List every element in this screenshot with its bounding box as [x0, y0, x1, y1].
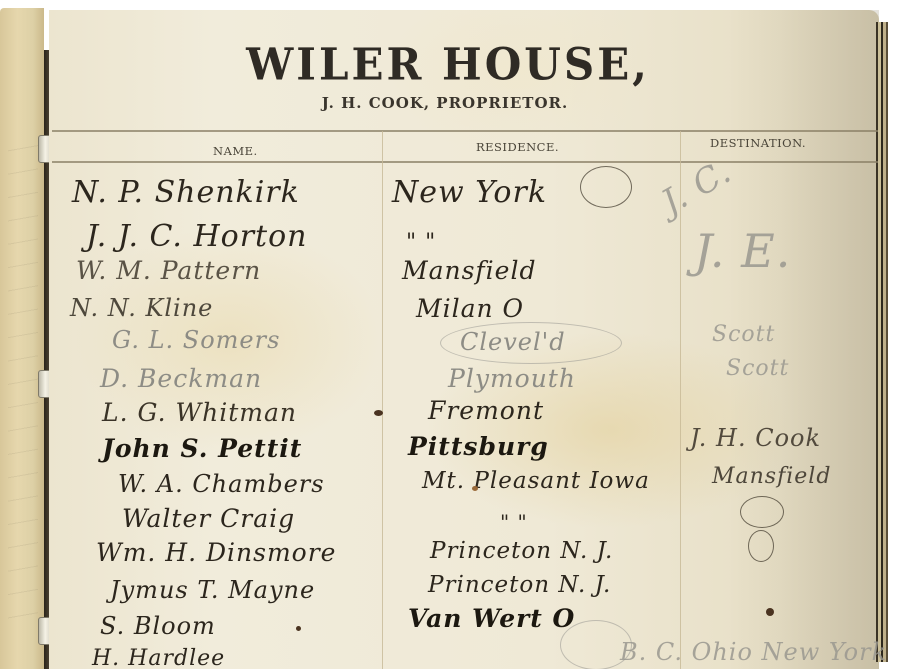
guest-residence: Princeton N. J.: [428, 574, 611, 597]
guest-destination: Scott: [712, 324, 775, 346]
guest-residence: Milan O: [416, 296, 524, 321]
guest-name: H. Hardlee: [92, 648, 225, 669]
guest-name: J. J. C. Horton: [86, 222, 308, 252]
guest-residence: Fremont: [428, 398, 544, 423]
guest-name: W. A. Chambers: [118, 472, 325, 496]
guest-name: N. N. Kline: [70, 296, 213, 320]
pencil-flourish: [440, 322, 622, 364]
guest-name: L. G. Whitman: [102, 400, 297, 425]
column-header-destination: DESTINATION.: [710, 136, 806, 150]
column-header-residence: RESIDENCE.: [476, 140, 559, 154]
hotel-name-heading: WILER HOUSE,: [0, 39, 896, 90]
ink-flourish: [748, 530, 774, 562]
ink-stain: [374, 410, 383, 416]
guest-name: D. Beckman: [100, 366, 262, 391]
faded-writing: [8, 128, 38, 628]
guest-residence: Mt. Pleasant Iowa: [422, 470, 650, 493]
header-rule-bottom: [52, 161, 878, 163]
guest-name: N. P. Shenkirk: [72, 178, 300, 208]
pencil-mark: J. E.: [694, 228, 791, 274]
guest-residence: Pittsburg: [408, 434, 549, 459]
guest-residence: " ": [500, 512, 528, 532]
guest-name: Jymus T. Mayne: [110, 578, 315, 602]
guest-residence: Van Wert O: [408, 606, 575, 631]
guest-residence: Plymouth: [448, 366, 576, 391]
rust-stain: [472, 486, 478, 491]
guest-name: W. M. Pattern: [76, 258, 261, 283]
guest-name: S. Bloom: [100, 614, 216, 638]
guest-name: John S. Pettit: [102, 436, 302, 461]
guest-name: G. L. Somers: [112, 328, 280, 352]
proprietor-line: J. H. COOK, PROPRIETOR.: [0, 94, 890, 112]
pencil-ghost-writing: B. C. Ohio New York: [620, 640, 887, 664]
guest-residence: Princeton N. J.: [430, 540, 613, 563]
guest-residence: Mansfield: [402, 258, 536, 283]
guest-destination: Scott: [726, 358, 789, 380]
ink-stain: [766, 608, 774, 616]
guest-name: Walter Craig: [122, 506, 295, 531]
register-page-photo: WILER HOUSE, J. H. COOK, PROPRIETOR. NAM…: [0, 0, 900, 669]
guest-destination: J. H. Cook: [690, 426, 821, 450]
guest-residence: " ": [406, 232, 436, 254]
ink-stain: [296, 626, 301, 631]
column-divider: [382, 131, 383, 669]
ink-flourish: [580, 166, 632, 208]
guest-name: Wm. H. Dinsmore: [96, 540, 336, 565]
ink-flourish: [740, 496, 784, 528]
header-rule-top: [52, 130, 878, 132]
column-header-name: NAME.: [213, 144, 258, 158]
guest-destination: Mansfield: [712, 466, 831, 488]
page-edge-stack: [876, 22, 890, 662]
guest-residence: New York: [392, 178, 547, 208]
